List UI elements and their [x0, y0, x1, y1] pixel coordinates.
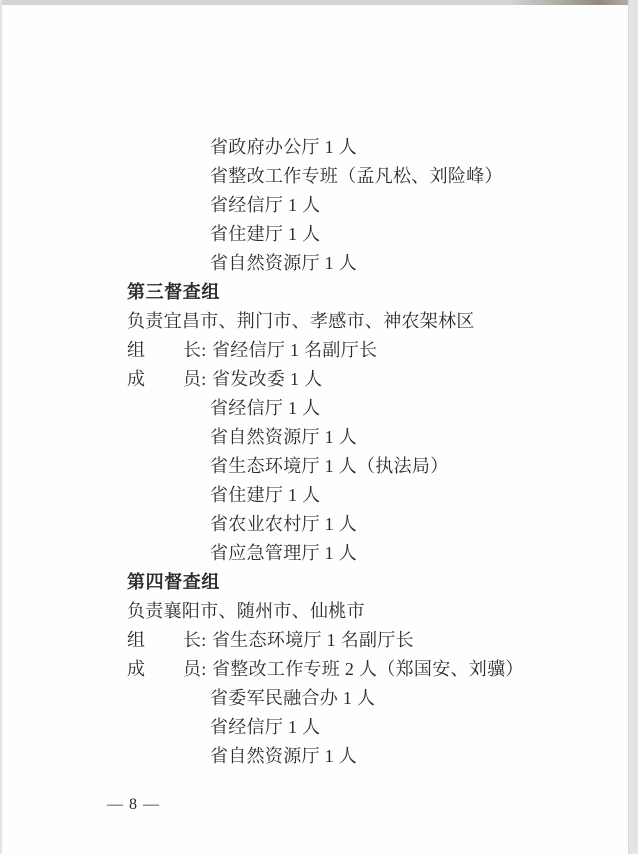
member-line: 省自然资源厅 1 人 — [0, 249, 620, 278]
section-heading: 第四督查组 — [0, 568, 620, 597]
role-value: 省发改委 1 人 — [212, 369, 322, 389]
member-line: 省应急管理厅 1 人 — [0, 539, 620, 568]
member-line: 省住建厅 1 人 — [0, 220, 620, 249]
member-line: 省政府办公厅 1 人 — [0, 133, 620, 162]
member-line: 省住建厅 1 人 — [0, 481, 620, 510]
member-line: 省生态环境厅 1 人（执法局） — [0, 452, 620, 481]
role-label: 组 — [127, 626, 183, 655]
member-line: 省自然资源厅 1 人 — [0, 742, 620, 771]
role-colon-label: 长: — [183, 626, 212, 655]
role-label: 成 — [127, 365, 183, 394]
role-label: 组 — [127, 336, 183, 365]
scan-edge-right — [628, 0, 638, 854]
member-line: 省经信厅 1 人 — [0, 713, 620, 742]
section-scope-line: 负责宜昌市、荆门市、孝感市、神农架林区 — [0, 307, 620, 336]
role-colon-label: 员: — [183, 655, 212, 684]
section-scope-line: 负责襄阳市、随州市、仙桃市 — [0, 597, 620, 626]
role-value: 省整改工作专班 2 人（郑国安、刘骥） — [212, 659, 524, 679]
member-line: 省经信厅 1 人 — [0, 394, 620, 423]
role-line: 成员:省整改工作专班 2 人（郑国安、刘骥） — [0, 655, 620, 684]
document-page: 省政府办公厅 1 人省整改工作专班（孟凡松、刘险峰）省经信厅 1 人省住建厅 1… — [0, 0, 638, 854]
role-line: 成员:省发改委 1 人 — [0, 365, 620, 394]
role-line: 组长:省生态环境厅 1 名副厅长 — [0, 626, 620, 655]
role-value: 省经信厅 1 名副厅长 — [212, 340, 377, 360]
role-colon-label: 员: — [183, 365, 212, 394]
member-line: 省自然资源厅 1 人 — [0, 423, 620, 452]
document-body: 省政府办公厅 1 人省整改工作专班（孟凡松、刘险峰）省经信厅 1 人省住建厅 1… — [0, 133, 620, 771]
page-number: — 8 — — [107, 794, 160, 816]
member-line: 省经信厅 1 人 — [0, 191, 620, 220]
role-colon-label: 长: — [183, 336, 212, 365]
role-label: 成 — [127, 655, 183, 684]
section-heading: 第三督查组 — [0, 278, 620, 307]
member-line: 省农业农村厅 1 人 — [0, 510, 620, 539]
scan-edge-top — [0, 0, 638, 5]
role-value: 省生态环境厅 1 名副厅长 — [212, 630, 414, 650]
member-line: 省委军民融合办 1 人 — [0, 684, 620, 713]
role-line: 组长:省经信厅 1 名副厅长 — [0, 336, 620, 365]
member-line: 省整改工作专班（孟凡松、刘险峰） — [0, 162, 620, 191]
